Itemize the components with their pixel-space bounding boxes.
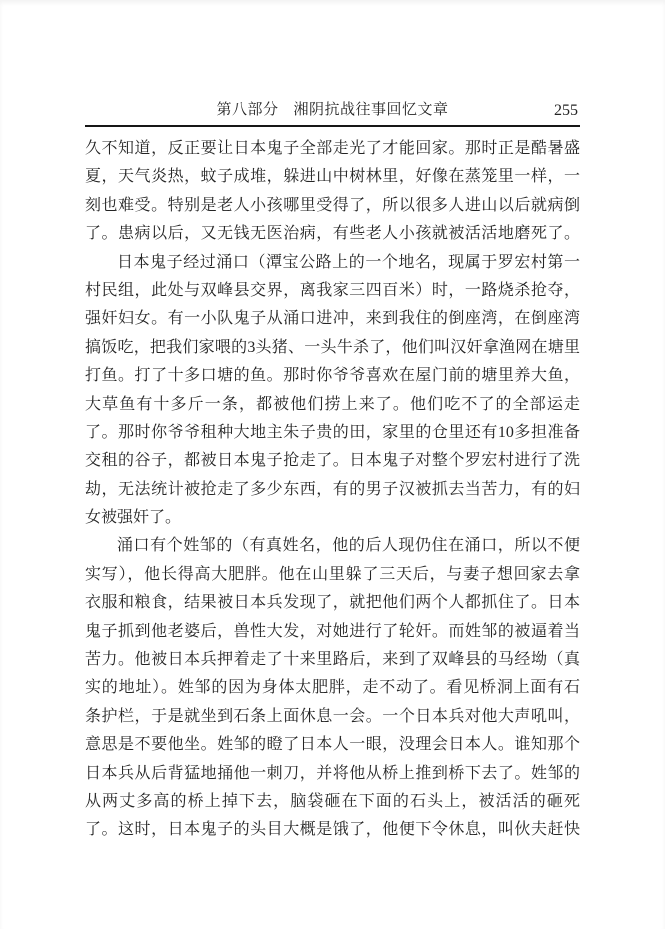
text-line: 实的地址）。姓邹的因为身体太肥胖，走不动了。看见桥洞上面有石: [85, 674, 580, 702]
text-line: 了。患病以后，又无钱无医治病，有些老人小孩就被活活地磨死了。: [85, 220, 580, 248]
text-line: 刻也难受。特别是老人小孩哪里受得了，所以很多人进山以后就病倒: [85, 192, 580, 220]
text-line: 劫，无法统计被抢走了多少东西，有的男子汉被抓去当苦力，有的妇: [85, 476, 580, 504]
text-line: 夏，天气炎热，蚊子成堆，躲进山中树林里，好像在蒸笼里一样，一: [85, 163, 580, 191]
page-header: 第八部分湘阴抗战往事回忆文章 255: [85, 0, 580, 125]
text-line: 日本兵从后背猛地捅他一刺刀，并将他从桥上推到桥下去了。姓邹的: [85, 760, 580, 788]
book-page: 第八部分湘阴抗战往事回忆文章 255 久不知道，反正要让日本鬼子全部走光了才能回…: [0, 0, 665, 929]
text-line: 涌口有个姓邹的（有真姓名，他的后人现仍住在涌口，所以不便: [85, 532, 580, 560]
chapter-title: 湘阴抗战往事回忆文章: [294, 102, 449, 118]
text-line: 村民组，此处与双峰县交界，离我家三四百米）时，一路烧杀抢夺，: [85, 277, 580, 305]
text-line: 鬼子抓到他老婆后，兽性大发，对她进行了轮奸。而姓邹的被逼着当: [85, 618, 580, 646]
text-line: 大草鱼有十多斤一条，都被他们捞上来了。他们吃不了的全部运走: [85, 391, 580, 419]
text-line: 实写），他长得高大肥胖。他在山里躲了三天后，与妻子想回家去拿: [85, 561, 580, 589]
running-head: 第八部分湘阴抗战往事回忆文章: [85, 98, 580, 119]
text-line: 搞饭吃，把我们家喂的3头猪、一头牛杀了，他们叫汉奸拿渔网在塘里: [85, 334, 580, 362]
text-line: 交租的谷子，都被日本鬼子抢走了。日本鬼子对整个罗宏村进行了洗: [85, 447, 580, 475]
text-line: 条护栏，于是就坐到石条上面休息一会。一个日本兵对他大声吼叫，: [85, 703, 580, 731]
text-line: 意思是不要他坐。姓邹的瞪了日本人一眼，没理会日本人。谁知那个: [85, 731, 580, 759]
text-line: 从两丈多高的桥上掉下去，脑袋砸在下面的石头上，被活活的砸死: [85, 788, 580, 816]
text-line: 女被强奸了。: [85, 504, 580, 532]
page-number: 255: [554, 102, 578, 120]
text-line: 了。那时你爷爷租种大地主朱子贵的田，家里的仓里还有10多担准备: [85, 419, 580, 447]
text-line: 日本鬼子经过涌口（潭宝公路上的一个地名，现属于罗宏村第一: [85, 249, 580, 277]
text-line: 了。这时，日本鬼子的头目大概是饿了，他便下令休息，叫伙夫赶快: [85, 816, 580, 844]
text-line: 衣服和粮食，结果被日本兵发现了，就把他们两个人都抓住了。日本: [85, 589, 580, 617]
page-body-text: 久不知道，反正要让日本鬼子全部走光了才能回家。那时正是酷暑盛夏，天气炎热，蚊子成…: [85, 127, 580, 845]
section-label: 第八部分: [216, 102, 278, 118]
page-content: 第八部分湘阴抗战往事回忆文章 255 久不知道，反正要让日本鬼子全部走光了才能回…: [85, 0, 580, 845]
text-line: 久不知道，反正要让日本鬼子全部走光了才能回家。那时正是酷暑盛: [85, 135, 580, 163]
text-line: 强奸妇女。有一小队鬼子从涌口进冲，来到我住的倒座湾，在倒座湾: [85, 305, 580, 333]
text-line: 苦力。他被日本兵押着走了十来里路后，来到了双峰县的马经坳（真: [85, 646, 580, 674]
text-line: 打鱼。打了十多口塘的鱼。那时你爷爷喜欢在屋门前的塘里养大鱼，: [85, 362, 580, 390]
